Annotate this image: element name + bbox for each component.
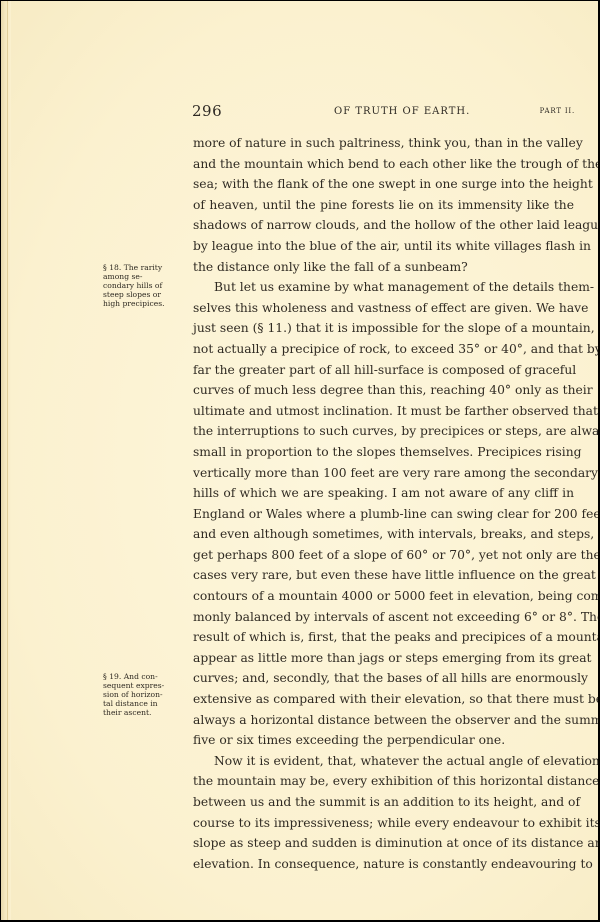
text-line: appear as little more than jags or steps…	[193, 648, 574, 669]
text-line: curves of much less degree than this, re…	[193, 380, 574, 401]
text-line: sea; with the flank of the one swept in …	[193, 174, 574, 195]
text-line: hills of which we are speaking. I am not…	[193, 483, 574, 504]
text-line: course to its impressiveness; while ever…	[193, 813, 574, 834]
text-line: just seen (§ 11.) that it is impossible …	[193, 318, 574, 339]
text-line: five or six times exceeding the perpendi…	[193, 730, 574, 751]
paragraph-1: more of nature in such paltriness, think…	[193, 133, 574, 277]
paragraph-2: But let us examine by what management of…	[193, 277, 574, 751]
text-line: small in proportion to the slopes themse…	[193, 442, 574, 463]
text-line: far the greater part of all hill-surface…	[193, 360, 574, 381]
text-line: of heaven, until the pine forests lie on…	[193, 195, 574, 216]
page-gutter	[1, 1, 11, 920]
text-line: But let us examine by what management of…	[193, 277, 574, 298]
text-line: selves this wholeness and vastness of ef…	[193, 298, 574, 319]
text-line: and even although sometimes, with interv…	[193, 524, 574, 545]
sidenote-section-19: § 19. And con- sequent expres- sion of h…	[103, 673, 193, 718]
text-line: the distance only like the fall of a sun…	[193, 257, 574, 278]
text-line: Now it is evident, that, whatever the ac…	[193, 751, 574, 772]
text-line: the interruptions to such curves, by pre…	[193, 421, 574, 442]
running-head-part: PART II.	[540, 107, 575, 115]
sidenote-section-18: § 18. The rarity among se- condary hills…	[103, 264, 193, 309]
text-line: not actually a precipice of rock, to exc…	[193, 339, 574, 360]
text-line: result of which is, first, that the peak…	[193, 627, 574, 648]
text-line: cases very rare, but even these have lit…	[193, 565, 574, 586]
paragraph-3: Now it is evident, that, whatever the ac…	[193, 751, 574, 875]
running-head-title: OF TRUTH OF EARTH.	[334, 106, 470, 117]
text-line: shadows of narrow clouds, and the hollow…	[193, 215, 574, 236]
body-text: more of nature in such paltriness, think…	[193, 133, 574, 874]
sidenote-line: their ascent.	[103, 709, 193, 718]
gutter-line	[7, 1, 8, 920]
text-line: ultimate and utmost inclination. It must…	[193, 401, 574, 422]
text-line: extensive as compared with their elevati…	[193, 689, 574, 710]
text-line: the mountain may be, every exhibition of…	[193, 771, 574, 792]
text-line: and the mountain which bend to each othe…	[193, 154, 574, 175]
text-line: more of nature in such paltriness, think…	[193, 133, 574, 154]
page-number: 296	[192, 102, 222, 120]
text-line: by league into the blue of the air, unti…	[193, 236, 574, 257]
text-line: get perhaps 800 feet of a slope of 60° o…	[193, 545, 574, 566]
running-head: 296 OF TRUTH OF EARTH. PART II.	[192, 102, 575, 122]
text-line: elevation. In consequence, nature is con…	[193, 854, 574, 875]
text-line: England or Wales where a plumb-line can …	[193, 504, 574, 525]
text-line: always a horizontal distance between the…	[193, 710, 574, 731]
text-line: between us and the summit is an addition…	[193, 792, 574, 813]
sidenote-line: high precipices.	[103, 300, 193, 309]
text-line: monly balanced by intervals of ascent no…	[193, 607, 574, 628]
text-line: curves; and, secondly, that the bases of…	[193, 668, 574, 689]
text-line: contours of a mountain 4000 or 5000 feet…	[193, 586, 574, 607]
text-line: vertically more than 100 feet are very r…	[193, 463, 574, 484]
book-page: 296 OF TRUTH OF EARTH. PART II. § 18. Th…	[1, 1, 598, 920]
text-line: slope as steep and sudden is diminution …	[193, 833, 574, 854]
